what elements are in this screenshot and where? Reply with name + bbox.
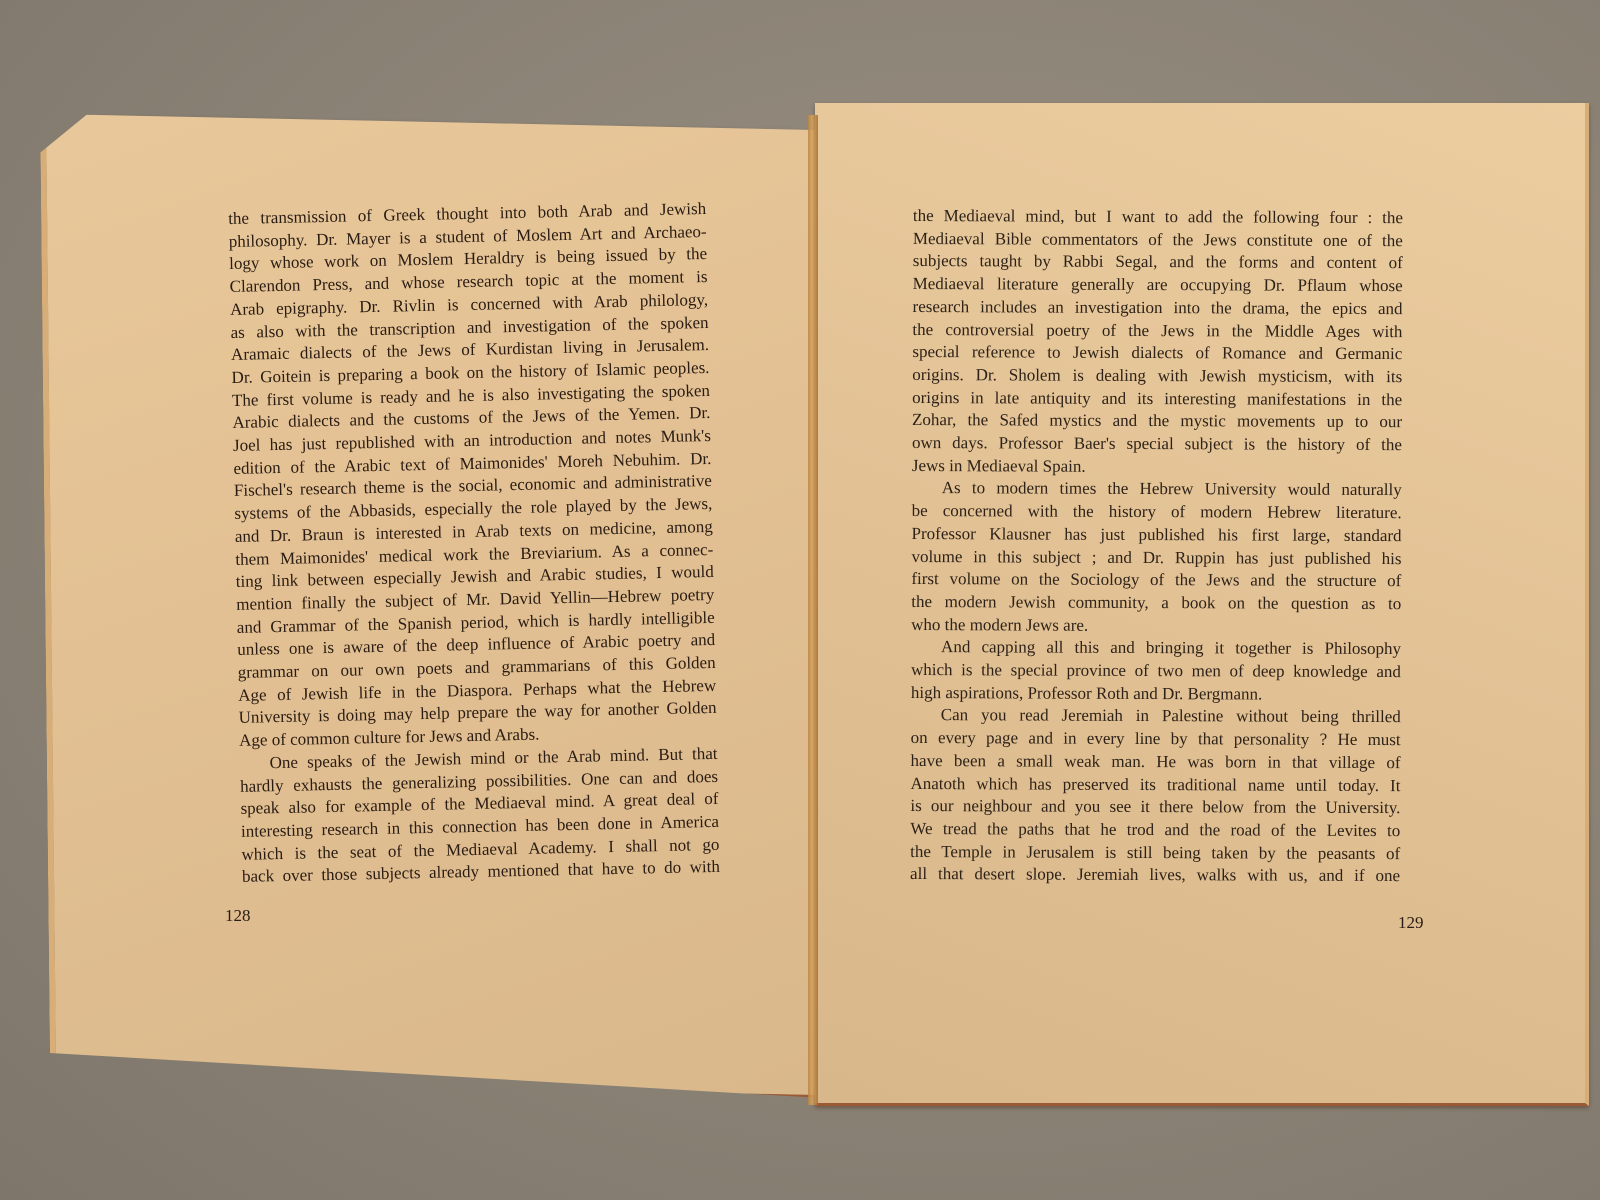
open-book: the transmission of Greek thought into b… [0, 0, 1600, 1200]
text-line: origins. Dr. Sholem is dealing with Jewi… [912, 364, 1402, 389]
text-line: Mediaeval Bible commentators of the Jews… [913, 228, 1403, 253]
text-line: We tread the paths that he trod and the … [910, 818, 1400, 843]
text-line: which is the special province of two men… [911, 659, 1401, 684]
text-line: all that desert slope. Jeremiah lives, w… [910, 863, 1400, 888]
right-page-text: the Mediaeval mind, but I want to add th… [910, 205, 1403, 888]
text-line: volume in this subject ; and Dr. Ruppin … [911, 546, 1401, 571]
left-page-text: the transmission of Greek thought into b… [228, 198, 720, 889]
page-number-right: 129 [1398, 913, 1424, 933]
paragraph-start-line: Can you read Jeremiah in Palestine witho… [911, 704, 1401, 729]
text-line: Mediaeval literature generally are occup… [913, 273, 1403, 298]
text-line: first volume on the Sociology of the Jew… [911, 568, 1401, 593]
text-line: Zohar, the Safed mystics and the mystic … [912, 409, 1402, 434]
text-line: Jews in Mediaeval Spain. [912, 455, 1402, 480]
text-line: own days. Professor Baer's special subje… [912, 432, 1402, 457]
text-line: the modern Jewish community, a book on t… [911, 591, 1401, 616]
text-line: is our neighbour and you see it there be… [910, 795, 1400, 820]
text-line: high aspirations, Professor Roth and Dr.… [911, 682, 1401, 707]
text-line: the Temple in Jerusalem is still being t… [910, 841, 1400, 866]
text-line: research includes an investigation into … [913, 296, 1403, 321]
text-line: subjects taught by Rabbi Segal, and the … [913, 250, 1403, 275]
text-line: Anatoth which has preserved its traditio… [910, 773, 1400, 798]
text-line: the Mediaeval mind, but I want to add th… [913, 205, 1403, 230]
paragraph-start-line: As to modern times the Hebrew University… [912, 477, 1402, 502]
text-line: have been a small weak man. He was born … [911, 750, 1401, 775]
text-line: on every page and in every line by that … [911, 727, 1401, 752]
text-line: special reference to Jewish dialects of … [912, 341, 1402, 366]
text-line: be concerned with the history of modern … [912, 500, 1402, 525]
page-number-left: 128 [225, 906, 251, 926]
text-line: the controversial poetry of the Jews in … [912, 319, 1402, 344]
text-line: who the modern Jews are. [911, 614, 1401, 639]
paragraph-start-line: And capping all this and bringing it tog… [911, 636, 1401, 661]
book-spine [808, 115, 818, 1105]
text-line: Professor Klausner has just published hi… [912, 523, 1402, 548]
text-line: origins in late antiquity and its intere… [912, 387, 1402, 412]
